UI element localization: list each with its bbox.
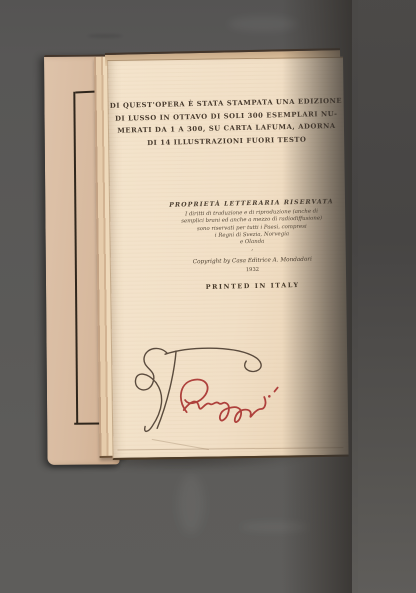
cover-frame-rule-bottom bbox=[74, 423, 102, 425]
signature-dark-ink bbox=[135, 347, 262, 432]
book-photo-scene: DI QUEST'OPERA È STATA STAMPATA UNA EDIZ… bbox=[0, 0, 416, 593]
background-smudge bbox=[88, 34, 122, 38]
right-shadow-fade bbox=[282, 0, 358, 593]
signature-svg bbox=[120, 336, 292, 450]
background-smudge bbox=[178, 474, 204, 534]
right-shadow-band bbox=[352, 0, 416, 593]
cover-frame-rule-left bbox=[73, 92, 78, 424]
signature-red-ink bbox=[180, 379, 278, 424]
signature-ink-dot bbox=[268, 395, 271, 398]
